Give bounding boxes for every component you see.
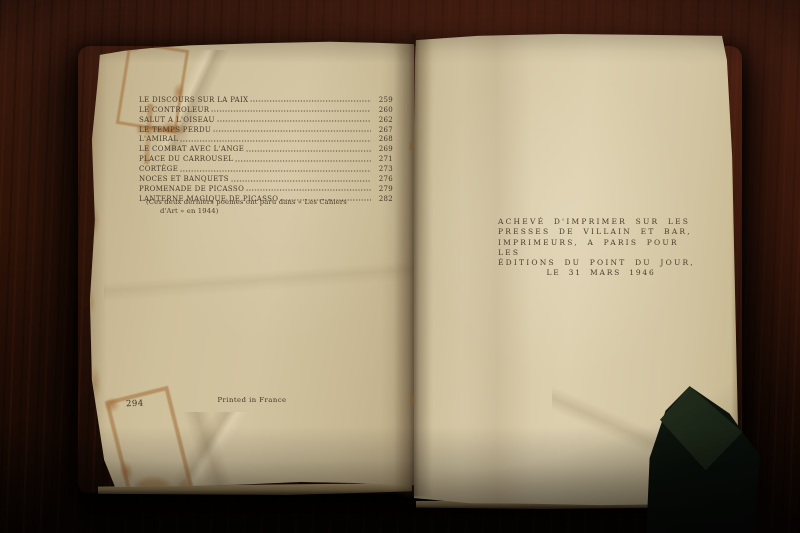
toc-dot-leader bbox=[235, 160, 371, 162]
toc-footnote: (Ces deux derniers poèmes ont paru dans … bbox=[146, 198, 386, 215]
toc-entry-page: 259 bbox=[373, 96, 393, 104]
table-of-contents: LE DISCOURS SUR LA PAIX 259 LE CONTROLEU… bbox=[139, 94, 393, 203]
colophon-line: ÉDITIONS DU POINT DU JOUR, bbox=[498, 258, 704, 268]
toc-row: LE TEMPS PERDU 267 bbox=[139, 124, 393, 134]
toc-entry-title: SALUT A L'OISEAU bbox=[139, 116, 215, 124]
toc-entry-title: PROMENADE DE PICASSO bbox=[139, 185, 244, 193]
colophon-text: ACHEVÉ D'IMPRIMER SUR LES PRESSES DE VIL… bbox=[498, 217, 704, 279]
toc-entry-page: 268 bbox=[373, 135, 393, 143]
dark-object bbox=[640, 380, 800, 533]
colophon-line: PRESSES DE VILLAIN ET BAR, bbox=[498, 227, 704, 237]
toc-entry-page: 276 bbox=[373, 175, 393, 183]
toc-row: LE COMBAT AVEC L'ANGE 269 bbox=[139, 143, 393, 153]
toc-entry-title: CORTÈGE bbox=[139, 165, 178, 173]
toc-entry-page: 267 bbox=[373, 126, 393, 134]
toc-entry-title: LE TEMPS PERDU bbox=[139, 126, 211, 134]
toc-entry-page: 273 bbox=[373, 165, 393, 173]
toc-dot-leader bbox=[180, 170, 371, 172]
toc-entry-title: NOCES ET BANQUETS bbox=[139, 175, 229, 183]
toc-entry-page: 260 bbox=[373, 106, 393, 114]
toc-dot-leader bbox=[246, 150, 371, 152]
toc-entry-title: L'AMIRAL bbox=[139, 135, 178, 143]
gutter-shadow bbox=[394, 33, 432, 497]
colophon-line: ACHEVÉ D'IMPRIMER SUR LES bbox=[498, 217, 704, 227]
toc-entry-page: 262 bbox=[373, 116, 393, 124]
toc-entry-page: 269 bbox=[373, 145, 393, 153]
stain-blob bbox=[102, 395, 121, 414]
photo-open-book: ACHEVÉ D'IMPRIMER SUR LES PRESSES DE VIL… bbox=[0, 0, 800, 533]
toc-row: PLACE DU CARROUSEL 271 bbox=[139, 153, 393, 163]
toc-dot-leader bbox=[217, 120, 371, 122]
toc-dot-leader bbox=[213, 130, 371, 132]
toc-row: NOCES ET BANQUETS 276 bbox=[139, 173, 393, 183]
page-number: 294 bbox=[126, 399, 144, 410]
printed-in-france-label: Printed in France bbox=[202, 396, 302, 404]
colophon-line: LE 31 MARS 1946 bbox=[498, 268, 704, 278]
toc-row: LE CONTROLEUR 260 bbox=[139, 104, 393, 114]
toc-dot-leader bbox=[211, 110, 371, 112]
toc-row: PROMENADE DE PICASSO 279 bbox=[139, 183, 393, 193]
toc-footnote-line: (Ces deux derniers poèmes ont paru dans … bbox=[146, 198, 386, 207]
toc-row: L'AMIRAL 268 bbox=[139, 134, 393, 144]
toc-dot-leader bbox=[250, 100, 371, 102]
toc-entry-title: LE COMBAT AVEC L'ANGE bbox=[139, 145, 244, 153]
toc-entry-title: LE CONTROLEUR bbox=[139, 106, 209, 114]
toc-dot-leader bbox=[246, 189, 371, 191]
toc-dot-leader bbox=[231, 180, 371, 182]
toc-dot-leader bbox=[180, 140, 371, 142]
colophon-line: IMPRIMEURS, A PARIS POUR LES bbox=[498, 238, 704, 259]
toc-entry-page: 271 bbox=[373, 155, 393, 163]
toc-footnote-line: d'Art » en 1944) bbox=[146, 207, 386, 216]
toc-row: CORTÈGE 273 bbox=[139, 163, 393, 173]
left-page: LE DISCOURS SUR LA PAIX 259 LE CONTROLEU… bbox=[84, 40, 414, 492]
dark-object-body bbox=[640, 380, 800, 533]
toc-entry-page: 279 bbox=[373, 185, 393, 193]
stain-blob bbox=[117, 459, 136, 484]
toc-row: SALUT A L'OISEAU 262 bbox=[139, 114, 393, 124]
page-crease bbox=[104, 220, 414, 340]
toc-entry-title: LE DISCOURS SUR LA PAIX bbox=[139, 96, 248, 104]
toc-row: LE DISCOURS SUR LA PAIX 259 bbox=[139, 94, 393, 104]
binding-stitch bbox=[411, 396, 415, 404]
toc-entry-title: PLACE DU CARROUSEL bbox=[139, 155, 233, 163]
